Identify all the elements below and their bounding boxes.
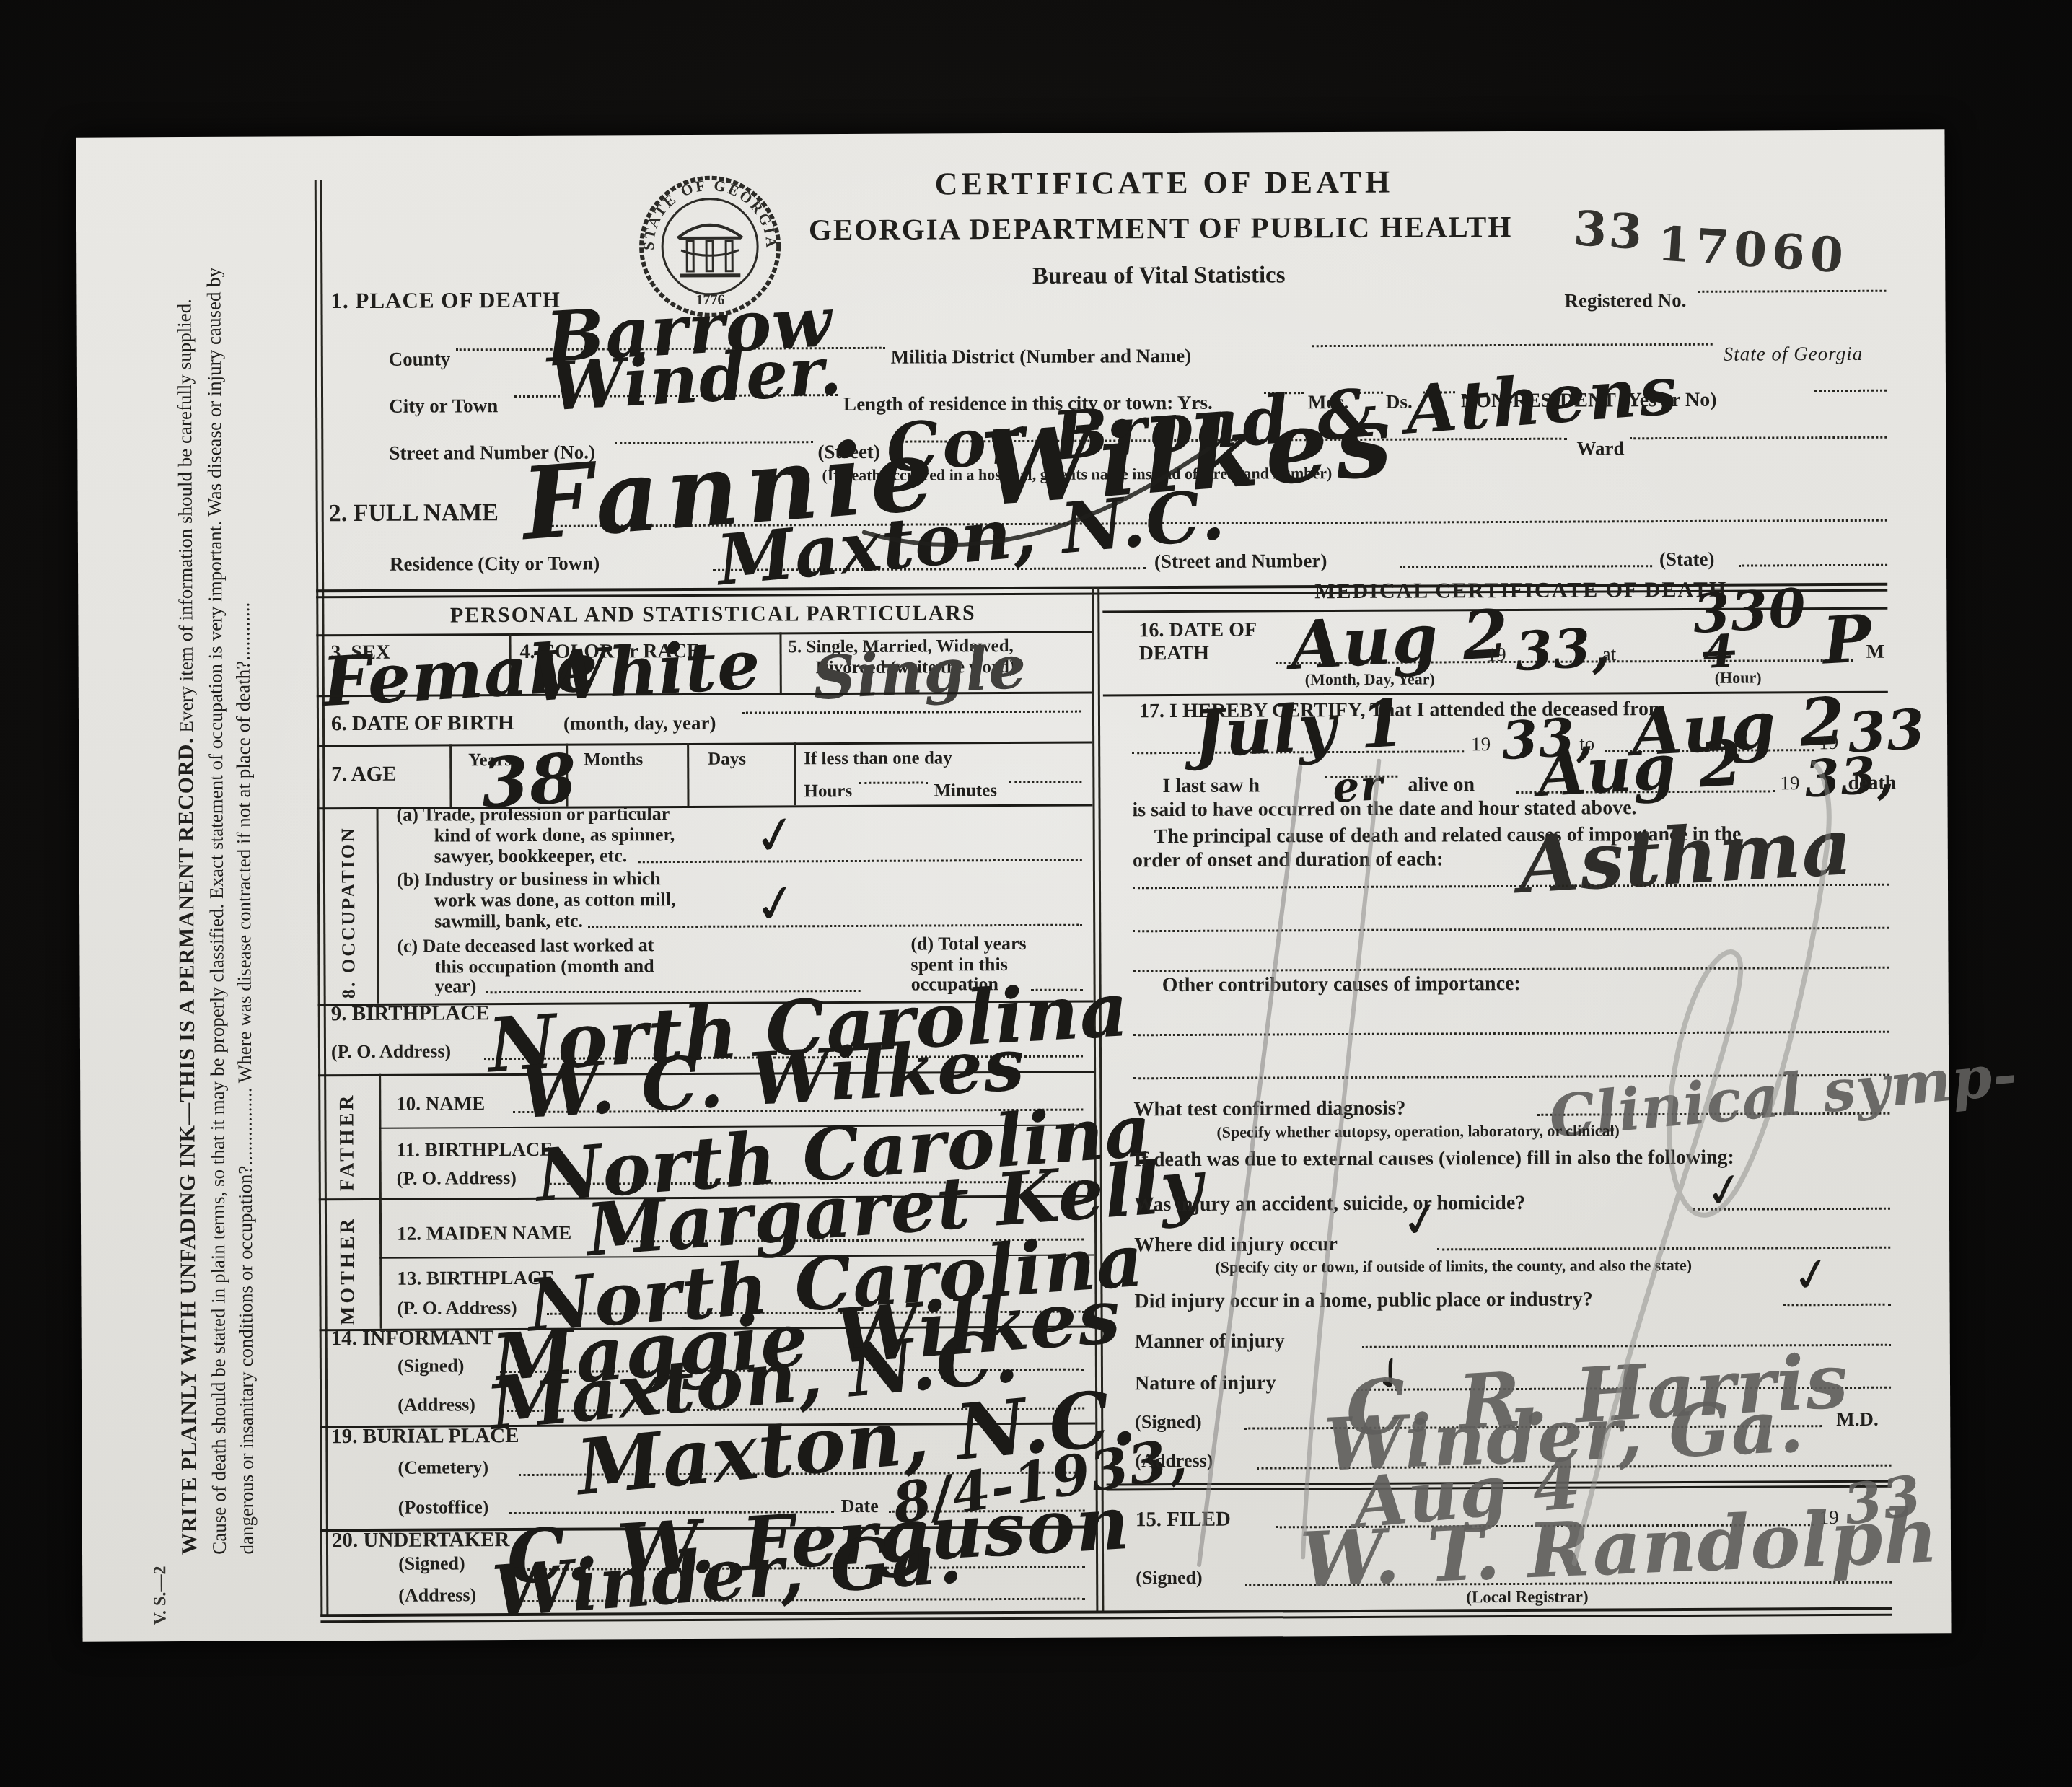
md-label: M.D. xyxy=(1836,1410,1879,1429)
birthplace-po-label: (P. O. Address) xyxy=(331,1042,451,1061)
cell-divider xyxy=(687,743,689,806)
postoffice-label: (Postoffice) xyxy=(398,1498,489,1517)
birthplace-label: 9. BIRTHPLACE xyxy=(331,1003,490,1024)
contributory-label: Other contributory causes of importance: xyxy=(1162,974,1521,996)
bureau-title: Bureau of Vital Statistics xyxy=(935,263,1382,289)
if-less-label: If less than one day xyxy=(804,749,952,768)
hours-label: Hours xyxy=(804,782,852,800)
doctor-address-label: (Address) xyxy=(1135,1452,1213,1470)
occupation-label: 8. OCCUPATION xyxy=(339,826,359,998)
seal-top-text: STATE OF GEORGIA xyxy=(640,176,781,250)
dotted-line xyxy=(1133,967,1889,972)
informant-address-label: (Address) xyxy=(398,1395,475,1414)
undertaker-label: 20. UNDERTAKER xyxy=(332,1529,510,1551)
occ-b-line2: work was done, as cotton mill, xyxy=(434,890,676,910)
cell-divider xyxy=(794,742,796,805)
stamp-year: 33 xyxy=(1572,200,1646,260)
occ-b-line1: (b) Industry or business in which xyxy=(397,869,661,890)
marital-value: Single xyxy=(812,637,1029,708)
militia-district-label: Militia District (Number and Name) xyxy=(891,346,1192,367)
ward-label: Ward xyxy=(1576,439,1624,458)
test-label: What test confirmed diagnosis? xyxy=(1133,1099,1405,1120)
occ-a-line2: kind of work done, as spinner, xyxy=(434,825,675,845)
date-of-death-label-1: 16. DATE OF xyxy=(1138,620,1257,641)
stamped-number: 33 17060 xyxy=(1572,200,1840,273)
certificate-title: CERTIFICATE OF DEATH xyxy=(935,167,1382,201)
home-injury-checkmark: ✓ xyxy=(1788,1250,1835,1302)
mother-maiden-label: 12. MAIDEN NAME xyxy=(397,1224,571,1244)
residence-street-label: (Street and Number) xyxy=(1154,551,1327,571)
occ-b-line3: sawmill, bank, etc. xyxy=(434,912,583,931)
dotted-line xyxy=(1133,1031,1889,1037)
dotted-line xyxy=(588,924,1082,928)
informant-label: 14. INFORMANT xyxy=(331,1327,494,1349)
last-saw-post: alive on xyxy=(1408,775,1475,795)
date-of-death-label-2: DEATH xyxy=(1139,644,1210,664)
dotted-line xyxy=(1009,781,1081,783)
cell-divider xyxy=(379,1198,382,1329)
state-of-georgia-note: State of Georgia xyxy=(1724,344,1864,364)
nature-label: Nature of injury xyxy=(1135,1373,1276,1394)
external-causes-label: If death was due to external causes (vio… xyxy=(1134,1148,1734,1171)
scanned-death-certificate: { "page": { "form_code": "V. S.—2", "mar… xyxy=(0,0,2072,1787)
doctor-signed-label: (Signed) xyxy=(1135,1413,1202,1431)
residence-label: Residence (City or Town) xyxy=(390,553,600,574)
mother-label: MOTHER xyxy=(338,1216,359,1325)
cell-divider xyxy=(449,744,452,807)
registrar-signature: W. T. Randolph xyxy=(1299,1498,1940,1598)
from-year-prefix: 19 xyxy=(1471,734,1491,754)
last-saw-value: Aug 2 xyxy=(1536,732,1744,806)
dotted-line xyxy=(1133,927,1889,933)
undertaker-signed-label: (Signed) xyxy=(398,1554,465,1573)
m-label: M xyxy=(1866,642,1885,662)
rule-line xyxy=(317,742,1092,747)
dotted-line xyxy=(1312,343,1713,347)
undertaker-address-label: (Address) xyxy=(398,1586,476,1604)
dotted-line xyxy=(638,859,1082,864)
months-label: Months xyxy=(584,750,643,768)
dotted-line xyxy=(1739,564,1887,567)
occ-c-line3: year) xyxy=(435,977,477,996)
occupation-b-checkmark: ✓ xyxy=(750,874,802,934)
last-saw-year-prefix: 19 xyxy=(1780,773,1799,793)
occ-a-line3: sawyer, bookkeeper, etc. xyxy=(434,846,628,866)
form-code: V. S.—2 xyxy=(152,1566,169,1625)
date-of-death-value: Aug 2 xyxy=(1289,600,1511,679)
place-of-death-label: 1. PLACE OF DEATH xyxy=(330,289,561,312)
dotted-line xyxy=(742,711,1081,714)
accident-label: Was injury an accident, suicide, or homi… xyxy=(1134,1193,1526,1215)
days-label: Days xyxy=(708,750,746,768)
county-label: County xyxy=(389,349,451,369)
full-name-label: 2. FULL NAME xyxy=(329,501,499,526)
city-label: City or Town xyxy=(389,396,498,416)
occ-c-line2: this occupation (month and xyxy=(434,957,654,976)
cell-divider xyxy=(379,1074,382,1198)
cell-divider xyxy=(779,632,781,693)
registrar-signed-label: (Signed) xyxy=(1136,1568,1203,1587)
occ-d-line1: (d) Total years xyxy=(910,934,1026,954)
dob-label: 6. DATE OF BIRTH xyxy=(331,713,514,734)
residence-state-label: (State) xyxy=(1659,550,1715,569)
stamp-serial: 17060 xyxy=(1656,216,1850,284)
dod-year-prefix: 19 xyxy=(1487,645,1506,664)
occ-a-line1: (a) Trade, profession or particular xyxy=(397,804,670,825)
test-note: (Specify whether autopsy, operation, lab… xyxy=(1216,1123,1619,1140)
burial-place-label: 19. BURIAL PLACE xyxy=(331,1426,519,1447)
home-injury-label: Did injury occur in a home, public place… xyxy=(1134,1290,1592,1312)
svg-text:STATE OF GEORGIA: STATE OF GEORGIA xyxy=(640,176,781,250)
dob-paren-label: (month, day, year) xyxy=(563,714,716,734)
department-title: GEORGIA DEPARTMENT OF PUBLIC HEALTH xyxy=(809,212,1509,245)
mother-po-label: (P. O. Address) xyxy=(397,1299,517,1318)
age-label: 7. AGE xyxy=(331,764,396,785)
at-label: at xyxy=(1602,644,1617,664)
dod-year-value: 33, xyxy=(1514,620,1612,679)
dotted-line xyxy=(1630,436,1887,440)
occupation-a-checkmark: ✓ xyxy=(750,806,802,865)
personal-section-title: PERSONAL AND STATISTICAL PARTICULARS xyxy=(381,602,1045,627)
dotted-line xyxy=(1698,290,1886,293)
minutes-label: Minutes xyxy=(934,781,997,799)
race-value: White xyxy=(530,631,763,711)
registered-no-label: Registered No. xyxy=(1564,291,1686,311)
father-po-label: (P. O. Address) xyxy=(397,1169,517,1188)
occ-c-line1: (c) Date deceased last worked at xyxy=(397,936,654,956)
dotted-line xyxy=(1325,776,1397,778)
where-injury-note: (Specify city or town, if outside of lim… xyxy=(1215,1257,1692,1276)
father-name-label: 10. NAME xyxy=(396,1094,485,1114)
certificate-paper: WRITE PLAINLY WITH UNFADING INK—THIS IS … xyxy=(76,129,1951,1641)
death-word: death xyxy=(1848,773,1896,794)
cell-divider xyxy=(377,807,379,1004)
dotted-line xyxy=(1814,390,1887,392)
filed-label: 15. FILED xyxy=(1136,1509,1231,1531)
informant-signed-label: (Signed) xyxy=(398,1356,465,1375)
where-injury-label: Where did injury occur xyxy=(1134,1234,1338,1255)
margin-instructions-strong: WRITE PLAINLY WITH UNFADING INK—THIS IS … xyxy=(174,737,201,1555)
father-birthplace-label: 11. BIRTHPLACE xyxy=(397,1140,553,1160)
where-injury-checkmark: ✓ xyxy=(1397,1193,1445,1247)
city-value: Winder. xyxy=(548,337,844,420)
father-label: FATHER xyxy=(337,1092,358,1191)
cemetery-label: (Cemetery) xyxy=(398,1458,488,1478)
last-saw-pre: I last saw h xyxy=(1162,776,1260,797)
cause-of-death-value: Asthma xyxy=(1516,808,1855,905)
dotted-line xyxy=(859,782,928,784)
local-registrar-note: (Local Registrar) xyxy=(1466,1589,1588,1606)
manner-label: Manner of injury xyxy=(1135,1331,1285,1352)
margin-instructions: WRITE PLAINLY WITH UNFADING INK—THIS IS … xyxy=(169,263,322,1555)
principal-line-2: order of onset and duration of each: xyxy=(1133,849,1443,871)
accident-checkmark: ✓ xyxy=(1702,1164,1748,1217)
hour-note: (Hour) xyxy=(1715,669,1762,685)
month-day-year-note: (Month, Day, Year) xyxy=(1305,671,1435,688)
dotted-line xyxy=(1400,565,1652,568)
attended-from-value: July 1 xyxy=(1192,690,1408,768)
